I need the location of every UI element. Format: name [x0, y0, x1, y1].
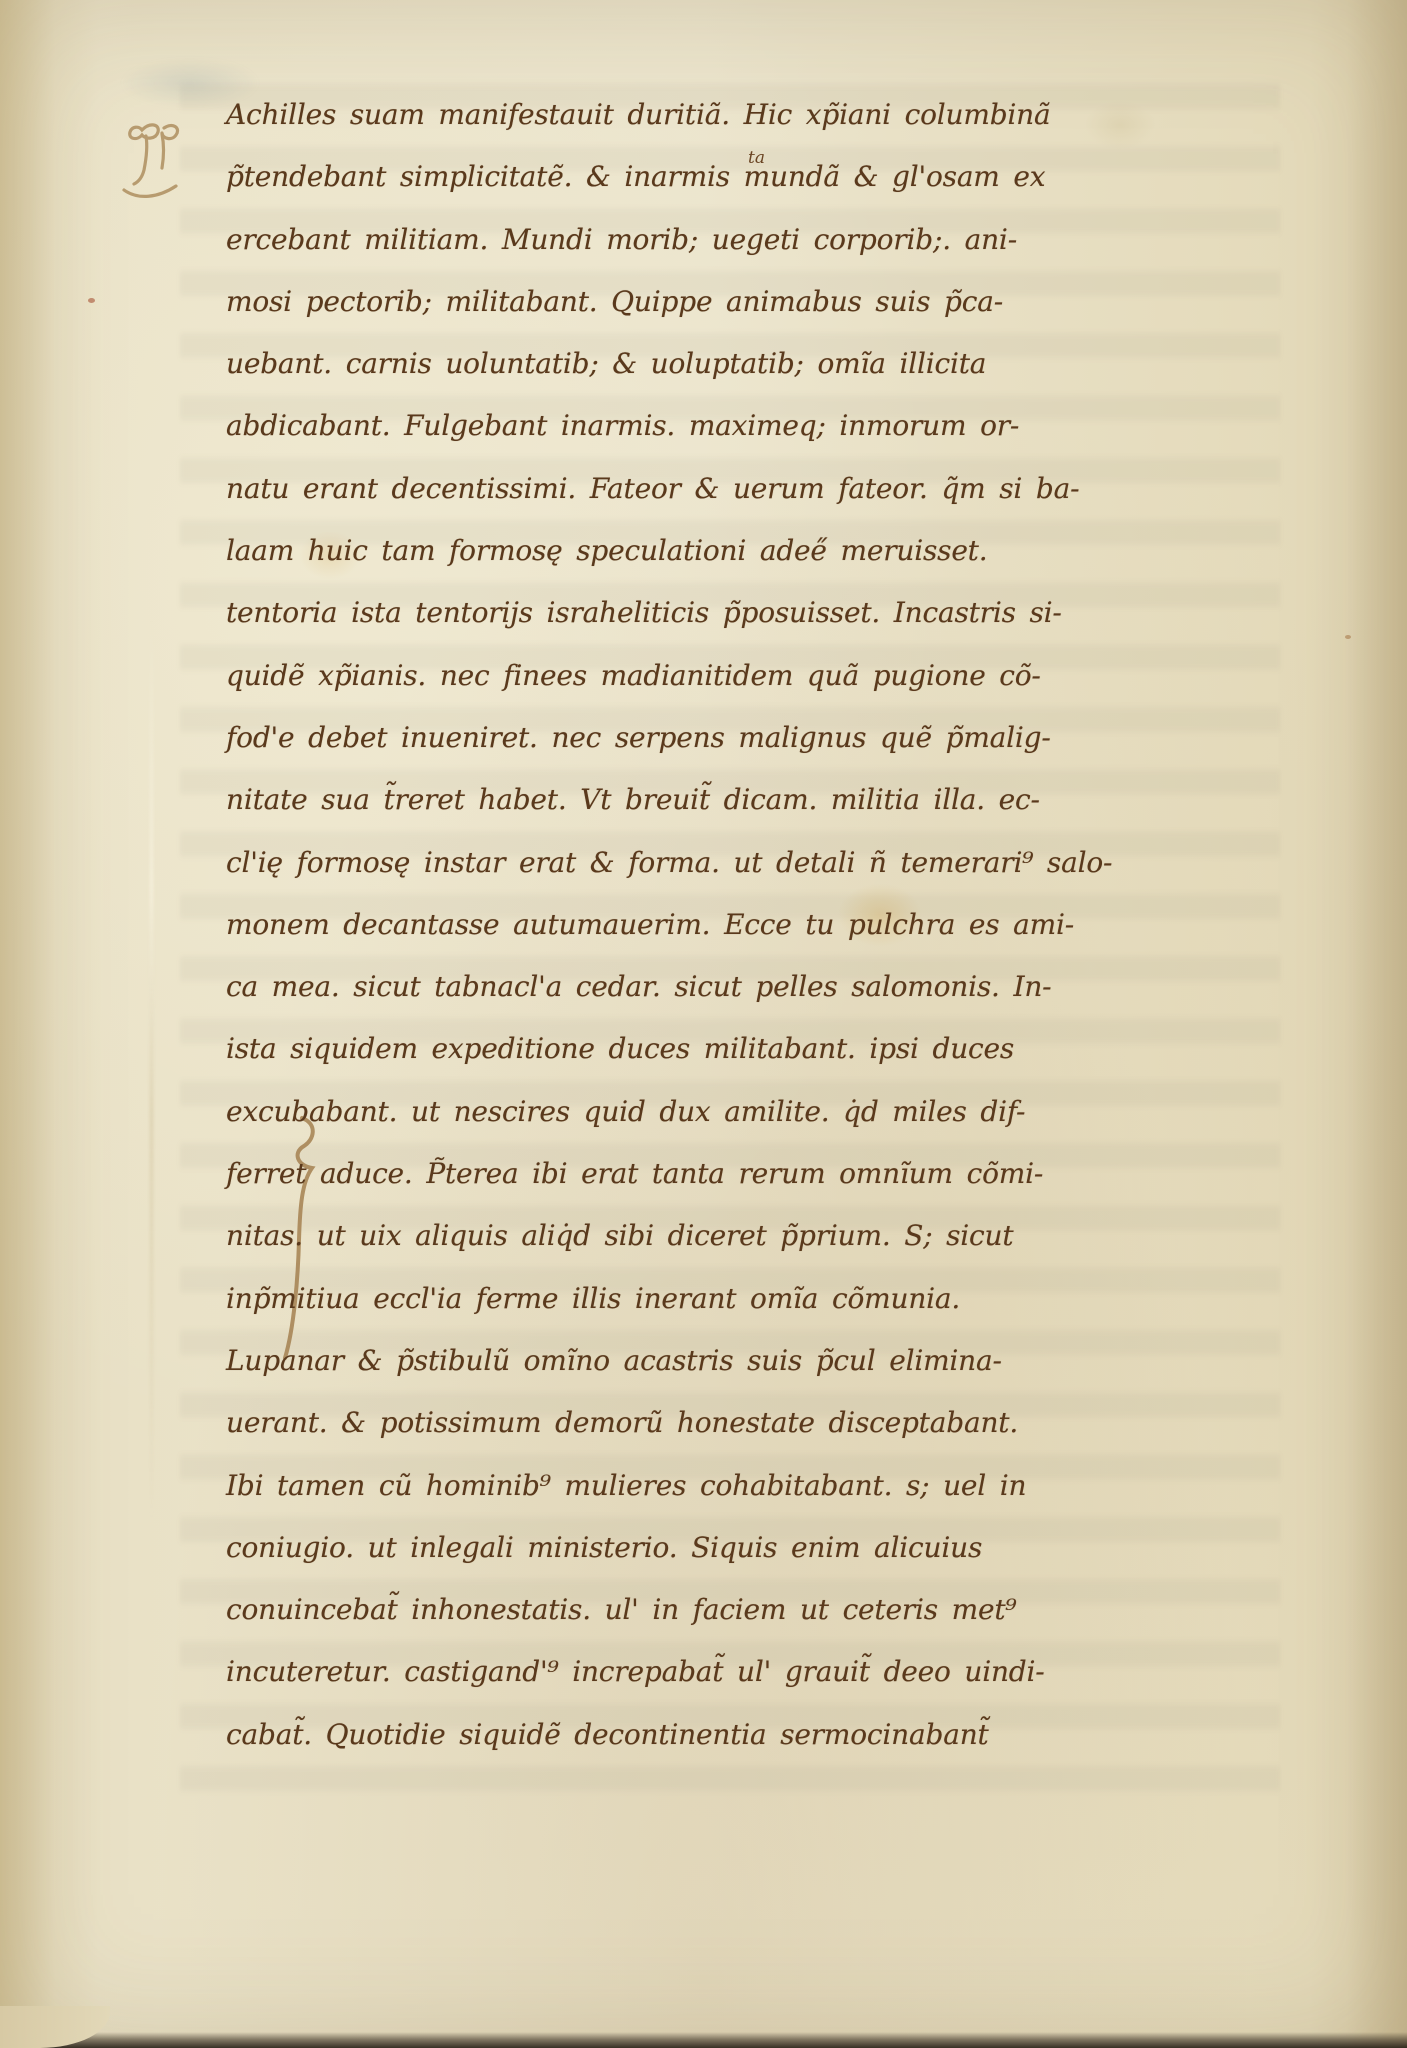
text-block: Achilles suam manifestauit duritiã. Hic …	[226, 84, 1086, 1766]
page-bottom-edge	[0, 2032, 1407, 2048]
manuscript-line-13: cl'ię formosę instar erat & forma. ut de…	[226, 832, 1086, 894]
manuscript-page: Achilles suam manifestauit duritiã. Hic …	[0, 0, 1407, 2048]
parchment-crease	[150, 620, 153, 1520]
manuscript-line-7: natu erant decentissimi. Fateor & uerum …	[226, 458, 1086, 520]
manuscript-line-6: abdicabant. Fulgebant inarmis. maximeq; …	[226, 395, 1086, 457]
manuscript-line-19: nitas. ut uix aliquis aliq̇d sibi dicere…	[226, 1205, 1086, 1267]
manuscript-line-20: inp̃mitiua eccl'ia ferme illis inerant o…	[226, 1268, 1086, 1330]
ink-speck	[1345, 635, 1351, 639]
manuscript-line-18: ferret aduce. P̃terea ibi erat tanta rer…	[226, 1143, 1086, 1205]
manuscript-line-12: nitate sua t̃reret habet. Vt breuit̃ dic…	[226, 769, 1086, 831]
manuscript-line-14: monem decantasse autumauerim. Ecce tu pu…	[226, 894, 1086, 956]
manuscript-line-17: excubabant. ut nescires quid dux amilite…	[226, 1081, 1086, 1143]
page-edge-shading	[1347, 0, 1407, 2048]
manuscript-line-21: Lupanar & p̃stibulũ omĩno acastris suis …	[226, 1330, 1086, 1392]
manuscript-line-15: ca mea. sicut tabnacl'a cedar. sicut pel…	[226, 956, 1086, 1018]
manuscript-line-9: tentoria ista tentorijs israheliticis p̃…	[226, 582, 1086, 644]
scribal-monogram-icon	[112, 108, 202, 208]
manuscript-line-2: p̃tendebant simplicitatẽ. & inarmis mund…	[226, 146, 1086, 208]
manuscript-line-25: conuincebat̃ inhonestatis. ul' in faciem…	[226, 1579, 1086, 1641]
manuscript-line-26: incuteretur. castigand'⁹ increpabat̃ ul'…	[226, 1641, 1086, 1703]
manuscript-line-27: cabat̃. Quotidie siquidẽ decontinentia s…	[226, 1704, 1086, 1766]
manuscript-line-3: ercebant militiam. Mundi morib; uegeti c…	[226, 209, 1086, 271]
manuscript-line-1: Achilles suam manifestauit duritiã. Hic …	[226, 84, 1086, 146]
ink-speck	[88, 298, 95, 303]
manuscript-line-5: uebant. carnis uoluntatib; & uoluptatib;…	[226, 333, 1086, 395]
interlinear-correction: ta	[748, 148, 765, 168]
manuscript-line-11: fod'e debet inueniret. nec serpens malig…	[226, 707, 1086, 769]
manuscript-line-22: uerant. & potissimum demorũ honestate di…	[226, 1392, 1086, 1454]
manuscript-line-24: coniugio. ut inlegali ministerio. Siquis…	[226, 1517, 1086, 1579]
manuscript-line-4: mosi pectorib; militabant. Quippe animab…	[226, 271, 1086, 333]
manuscript-line-10: quidẽ xp̃ianis. nec finees madianitidem …	[226, 645, 1086, 707]
manuscript-line-8: laam huic tam formosę speculationi adee̋…	[226, 520, 1086, 582]
manuscript-line-16: ista siquidem expeditione duces militaba…	[226, 1018, 1086, 1080]
manuscript-line-23: Ibi tamen cũ hominib⁹ mulieres cohabitab…	[226, 1455, 1086, 1517]
